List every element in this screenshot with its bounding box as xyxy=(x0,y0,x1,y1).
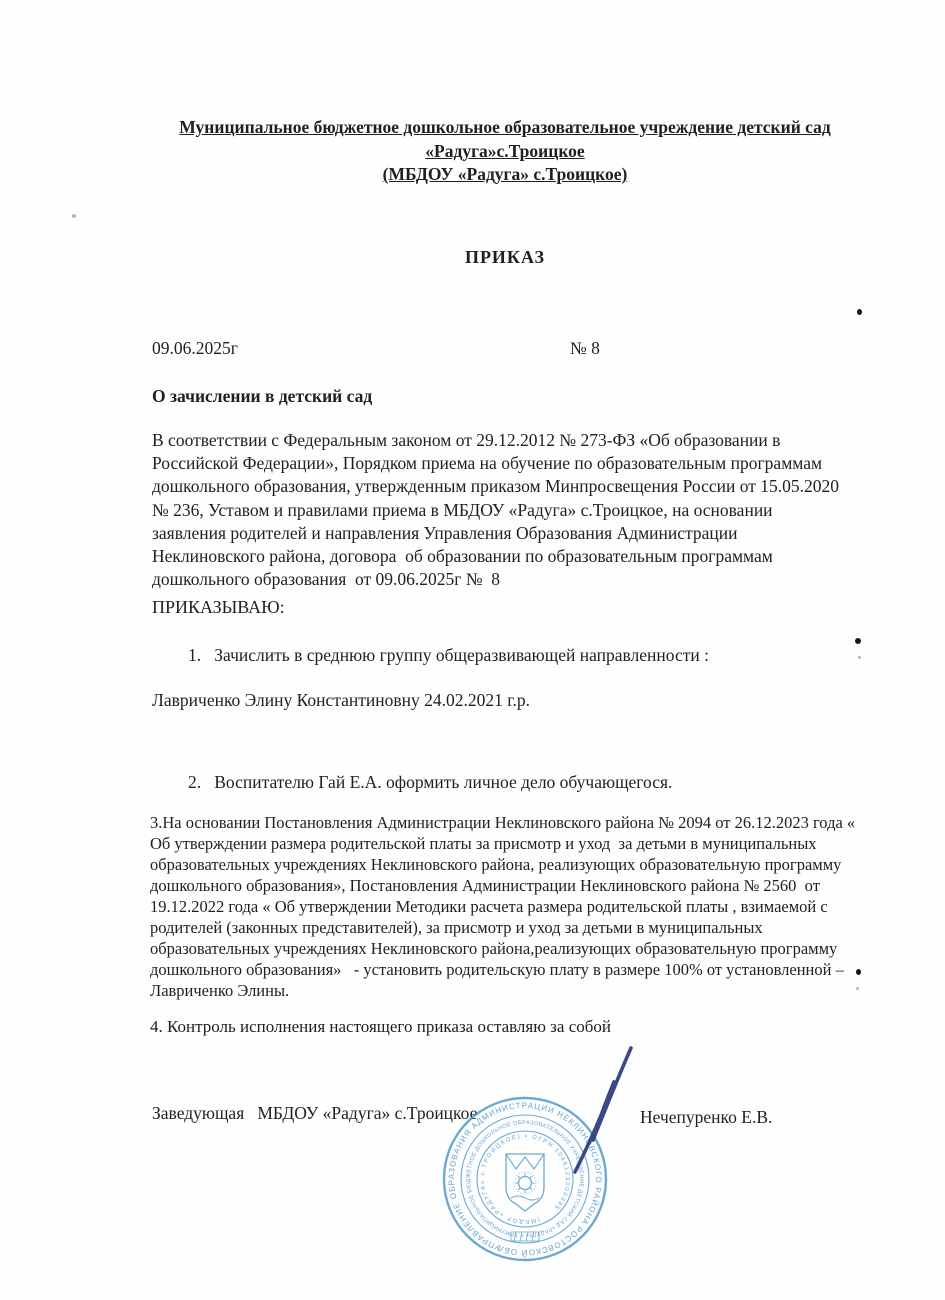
order-date: 09.06.2025г xyxy=(152,338,238,358)
signer-name: Нечепуренко Е.В. xyxy=(640,1107,772,1128)
scan-speck xyxy=(72,214,76,218)
signature-stroke xyxy=(543,1042,653,1182)
resolution-word: ПРИКАЗЫВАЮ: xyxy=(152,597,847,618)
order-subject: О зачислении в детский сад xyxy=(152,386,847,407)
order-item-2: 2. Воспитателю Гай Е.А. оформить личное … xyxy=(152,772,883,793)
letterhead-line-1: Муниципальное бюджетное дошкольное образ… xyxy=(120,116,890,140)
signer-position: Заведующая МБДОУ «Радуга» с.Троицкое xyxy=(152,1103,477,1123)
order-item-4: 4. Контроль исполнения настоящего приказ… xyxy=(150,1017,850,1037)
scan-speck xyxy=(856,969,861,975)
stamp-shield-emblem xyxy=(506,1154,544,1241)
scan-speck xyxy=(858,656,861,659)
handwritten-signature xyxy=(543,1042,653,1182)
scanned-order-document: Муниципальное бюджетное дошкольное образ… xyxy=(0,0,945,1300)
scan-speck xyxy=(855,638,861,644)
scan-speck xyxy=(856,987,859,990)
order-meta-row: 09.06.2025г № 8 xyxy=(152,338,847,359)
enrollee-line: Лавриченко Элину Константиновну 24.02.20… xyxy=(152,690,847,711)
letterhead: Муниципальное бюджетное дошкольное образ… xyxy=(120,116,890,187)
order-title: ПРИКАЗ xyxy=(120,247,890,268)
scan-speck xyxy=(857,309,862,315)
order-number: № 8 xyxy=(570,338,600,359)
order-item-1: 1. Зачислить в среднюю группу общеразвив… xyxy=(152,645,883,666)
letterhead-line-3: (МБДОУ «Радуга» с.Троицкое) xyxy=(120,163,890,187)
order-preamble: В соответствии с Федеральным законом от … xyxy=(152,429,842,591)
order-item-3: 3.На основании Постановления Администрац… xyxy=(150,812,862,1001)
letterhead-line-2: «Радуга»с.Троицкое xyxy=(120,140,890,164)
